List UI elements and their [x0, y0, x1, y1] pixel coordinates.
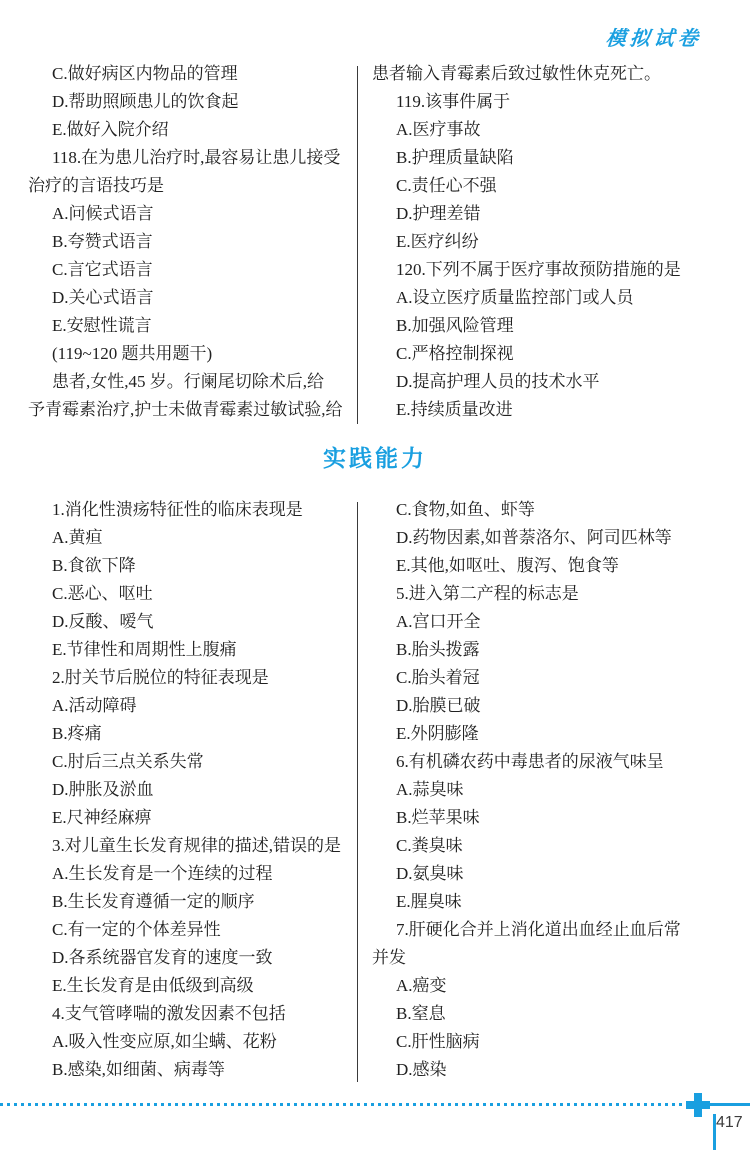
text-line: (119~120 题共用题干) — [28, 340, 350, 368]
text-line: 120.下列不属于医疗事故预防措施的是 — [372, 256, 722, 284]
text-line: B.生长发育遵循一定的顺序 — [28, 888, 350, 916]
text-line: C.胎头着冠 — [372, 664, 722, 692]
section2-right-column: C.食物,如鱼、虾等D.药物因素,如普萘洛尔、阿司匹林等E.其他,如呕吐、腹泻、… — [372, 496, 722, 1084]
text-line: B.护理质量缺陷 — [372, 144, 722, 172]
text-line: D.药物因素,如普萘洛尔、阿司匹林等 — [372, 524, 722, 552]
text-line: C.粪臭味 — [372, 832, 722, 860]
text-line: 5.进入第二产程的标志是 — [372, 580, 722, 608]
text-line: E.外阴膨隆 — [372, 720, 722, 748]
text-line: D.氨臭味 — [372, 860, 722, 888]
text-line: B.疼痛 — [28, 720, 350, 748]
text-line: 并发 — [372, 944, 722, 972]
text-line: B.感染,如细菌、病毒等 — [28, 1056, 350, 1084]
text-line: 119.该事件属于 — [372, 88, 722, 116]
column-divider-top — [357, 66, 358, 424]
text-line: 118.在为患儿治疗时,最容易让患儿接受 — [28, 144, 350, 172]
column-divider-bottom — [357, 502, 358, 1082]
text-line: E.其他,如呕吐、腹泻、饱食等 — [372, 552, 722, 580]
text-line: B.食欲下降 — [28, 552, 350, 580]
text-line: 6.有机磷农药中毒患者的尿液气味呈 — [372, 748, 722, 776]
text-line: E.安慰性谎言 — [28, 312, 350, 340]
text-line: D.各系统器官发育的速度一致 — [28, 944, 350, 972]
text-line: D.胎膜已破 — [372, 692, 722, 720]
text-line: 4.支气管哮喘的激发因素不包括 — [28, 1000, 350, 1028]
text-line: 3.对儿童生长发育规律的描述,错误的是 — [28, 832, 350, 860]
text-line: A.癌变 — [372, 972, 722, 1000]
text-line: E.持续质量改进 — [372, 396, 722, 424]
text-line: E.生长发育是由低级到高级 — [28, 972, 350, 1000]
text-line: A.生长发育是一个连续的过程 — [28, 860, 350, 888]
text-line: C.严格控制探视 — [372, 340, 722, 368]
text-line: C.恶心、呕吐 — [28, 580, 350, 608]
text-line: A.设立医疗质量监控部门或人员 — [372, 284, 722, 312]
text-line: B.夸赞式语言 — [28, 228, 350, 256]
text-line: B.窒息 — [372, 1000, 722, 1028]
text-line: B.胎头拨露 — [372, 636, 722, 664]
text-line: A.活动障碍 — [28, 692, 350, 720]
text-line: D.护理差错 — [372, 200, 722, 228]
text-line: 1.消化性溃疡特征性的临床表现是 — [28, 496, 350, 524]
text-line: 7.肝硬化合并上消化道出血经止血后常 — [372, 916, 722, 944]
text-line: C.肘后三点关系失常 — [28, 748, 350, 776]
text-line: 治疗的言语技巧是 — [28, 172, 350, 200]
page-number: 417 — [716, 1114, 743, 1132]
text-line: B.加强风险管理 — [372, 312, 722, 340]
text-line: C.做好病区内物品的管理 — [28, 60, 350, 88]
text-line: C.肝性脑病 — [372, 1028, 722, 1056]
text-line: D.提高护理人员的技术水平 — [372, 368, 722, 396]
text-line: A.问候式语言 — [28, 200, 350, 228]
text-line: D.反酸、嗳气 — [28, 608, 350, 636]
text-line: 患者,女性,45 岁。行阑尾切除术后,给 — [28, 368, 350, 396]
text-line: C.言它式语言 — [28, 256, 350, 284]
footer-solid-rule-horizontal — [708, 1103, 750, 1106]
text-line: 患者输入青霉素后致过敏性休克死亡。 — [372, 60, 722, 88]
text-line: E.腥臭味 — [372, 888, 722, 916]
text-line: 2.肘关节后脱位的特征表现是 — [28, 664, 350, 692]
section1-left-column: C.做好病区内物品的管理D.帮助照顾患儿的饮食起E.做好入院介绍118.在为患儿… — [28, 60, 350, 424]
plus-crop-mark-icon — [686, 1093, 710, 1117]
text-line: B.烂苹果味 — [372, 804, 722, 832]
text-line: A.蒜臭味 — [372, 776, 722, 804]
section1-right-column: 患者输入青霉素后致过敏性休克死亡。119.该事件属于A.医疗事故B.护理质量缺陷… — [372, 60, 722, 424]
text-line: D.帮助照顾患儿的饮食起 — [28, 88, 350, 116]
text-line: C.有一定的个体差异性 — [28, 916, 350, 944]
text-line: 予青霉素治疗,护士未做青霉素过敏试验,给 — [28, 396, 350, 424]
text-line: A.吸入性变应原,如尘螨、花粉 — [28, 1028, 350, 1056]
text-line: D.感染 — [372, 1056, 722, 1084]
text-line: A.医疗事故 — [372, 116, 722, 144]
text-line: A.宫口开全 — [372, 608, 722, 636]
text-line: E.医疗纠纷 — [372, 228, 722, 256]
text-line: C.食物,如鱼、虾等 — [372, 496, 722, 524]
section-title: 实践能力 — [0, 440, 750, 473]
exam-paper-page: 模拟试卷 C.做好病区内物品的管理D.帮助照顾患儿的饮食起E.做好入院介绍118… — [0, 0, 750, 1150]
text-line: E.尺神经麻痹 — [28, 804, 350, 832]
text-line: D.肿胀及淤血 — [28, 776, 350, 804]
section2-left-column: 1.消化性溃疡特征性的临床表现是A.黄疸B.食欲下降C.恶心、呕吐D.反酸、嗳气… — [28, 496, 350, 1084]
text-line: C.责任心不强 — [372, 172, 722, 200]
text-line: E.节律性和周期性上腹痛 — [28, 636, 350, 664]
footer-dotted-rule — [0, 1103, 688, 1106]
page-header-label: 模拟试卷 — [604, 22, 703, 51]
text-line: D.关心式语言 — [28, 284, 350, 312]
text-line: E.做好入院介绍 — [28, 116, 350, 144]
text-line: A.黄疸 — [28, 524, 350, 552]
